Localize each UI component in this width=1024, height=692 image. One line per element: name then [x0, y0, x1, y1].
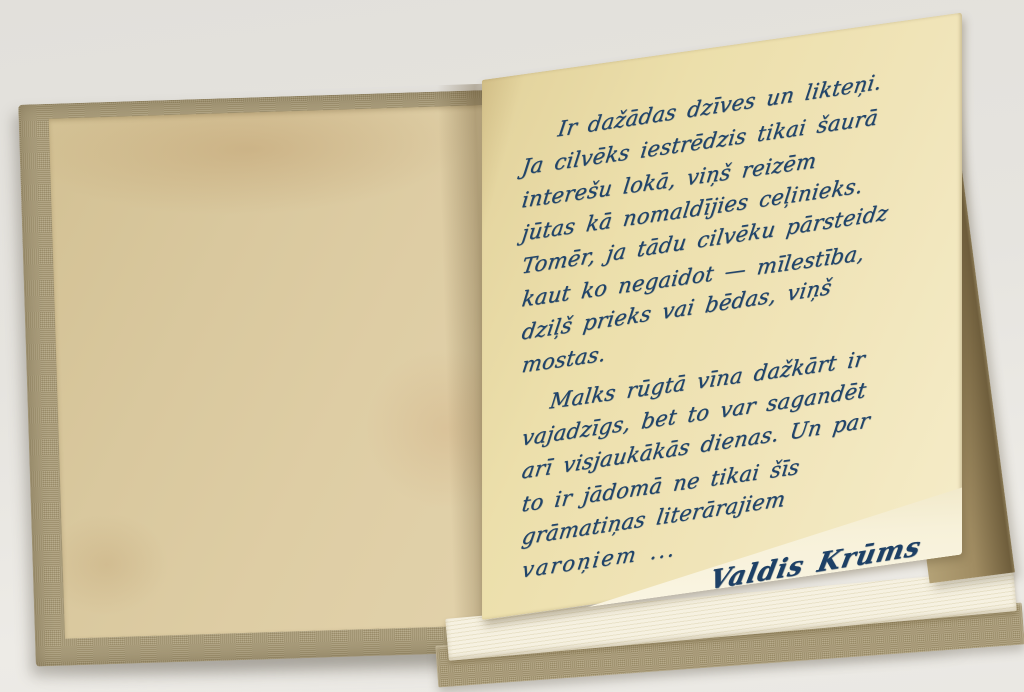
blank-left-endpaper [49, 105, 505, 639]
book-left-cover-cloth [18, 90, 507, 667]
photo-of-open-book: Ir dažādas dzīves un likteņi. Ja cilvēks… [0, 0, 1024, 692]
handwritten-right-page: Ir dažādas dzīves un likteņi. Ja cilvēks… [482, 13, 962, 620]
handwritten-dedication: Ir dažādas dzīves un likteņi. Ja cilvēks… [522, 59, 942, 624]
